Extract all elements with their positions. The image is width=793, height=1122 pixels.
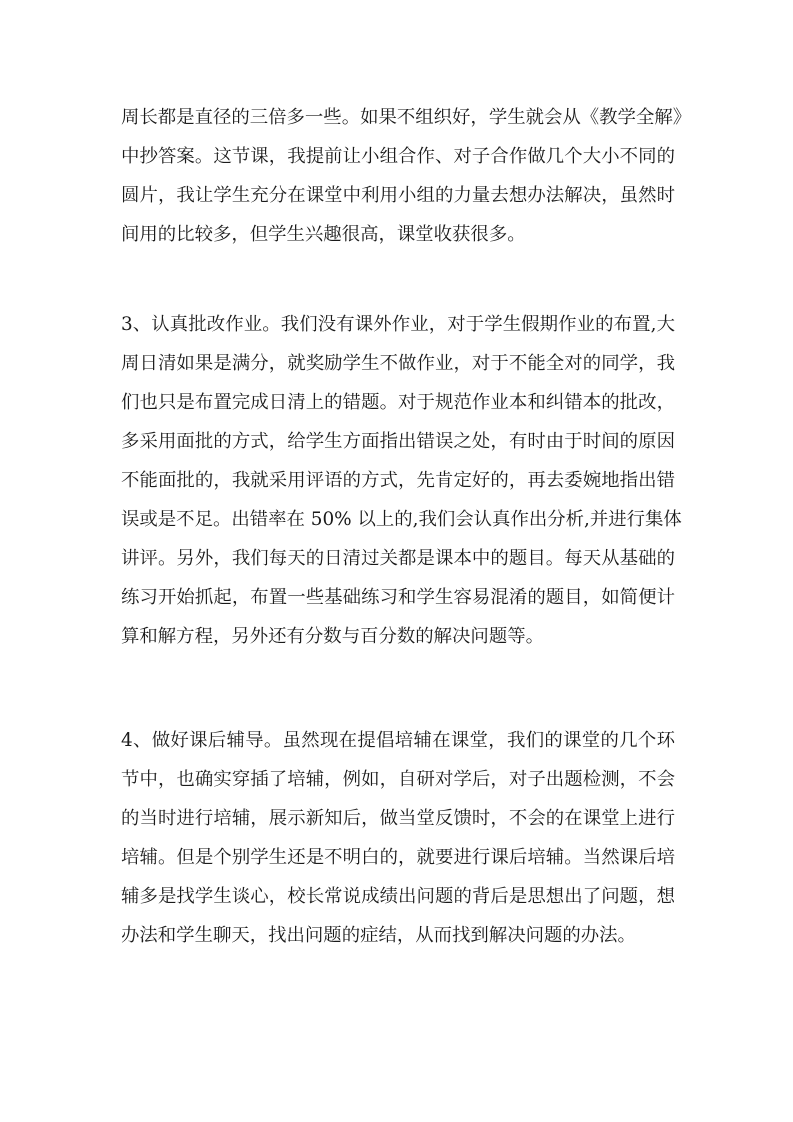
text-line: 不能面批的，我就采用评语的方式，先肯定好的，再去委婉地指出错: [121, 461, 675, 500]
text-line: 节中，也确实穿插了培辅，例如，自研对学后，对子出题检测，不会: [121, 760, 675, 799]
text-line: 培辅。但是个别学生还是不明白的，就要进行课后培辅。当然课后培: [121, 838, 675, 877]
text-line: 的当时进行培辅，展示新知后，做当堂反馈时，不会的在课堂上进行: [121, 799, 675, 838]
text-line: 多采用面批的方式，给学生方面指出错误之处，有时由于时间的原因: [121, 422, 675, 461]
text-line: 办法和学生聊天，找出问题的症结，从而找到解决问题的办法。: [121, 916, 675, 955]
document-page: 周长都是直径的三倍多一些。如果不组织好，学生就会从《教学全解》 中抄答案。这节课…: [0, 0, 793, 1122]
paragraph-circle-lesson: 周长都是直径的三倍多一些。如果不组织好，学生就会从《教学全解》 中抄答案。这节课…: [121, 98, 675, 254]
text-line: 周长都是直径的三倍多一些。如果不组织好，学生就会从《教学全解》: [121, 98, 675, 137]
text-line: 中抄答案。这节课，我提前让小组合作、对子合作做几个大小不同的: [121, 137, 675, 176]
text-line: 间用的比较多，但学生兴趣很高，课堂收获很多。: [121, 215, 675, 254]
text-line: 误或是不足。出错率在 50% 以上的,我们会认真作出分析,并进行集体: [121, 500, 675, 539]
paragraph-homework-correction: 3、认真批改作业。我们没有课外作业，对于学生假期作业的布置,大 周日清如果是满分…: [121, 305, 675, 656]
text-line: 辅多是找学生谈心，校长常说成绩出问题的背后是思想出了问题，想: [121, 877, 675, 916]
text-line: 3、认真批改作业。我们没有课外作业，对于学生假期作业的布置,大: [121, 305, 675, 344]
text-line: 4、做好课后辅导。虽然现在提倡培辅在课堂，我们的课堂的几个环: [121, 721, 675, 760]
text-line: 练习开始抓起，布置一些基础练习和学生容易混淆的题目，如简便计: [121, 578, 675, 617]
text-line: 们也只是布置完成日清上的错题。对于规范作业本和纠错本的批改，: [121, 383, 675, 422]
text-line: 算和解方程，另外还有分数与百分数的解决问题等。: [121, 617, 675, 656]
paragraph-after-class-tutoring: 4、做好课后辅导。虽然现在提倡培辅在课堂，我们的课堂的几个环 节中，也确实穿插了…: [121, 721, 675, 955]
text-line: 周日清如果是满分，就奖励学生不做作业，对于不能全对的同学，我: [121, 344, 675, 383]
text-line: 圆片，我让学生充分在课堂中利用小组的力量去想办法解决，虽然时: [121, 176, 675, 215]
text-line: 讲评。另外，我们每天的日清过关都是课本中的题目。每天从基础的: [121, 539, 675, 578]
